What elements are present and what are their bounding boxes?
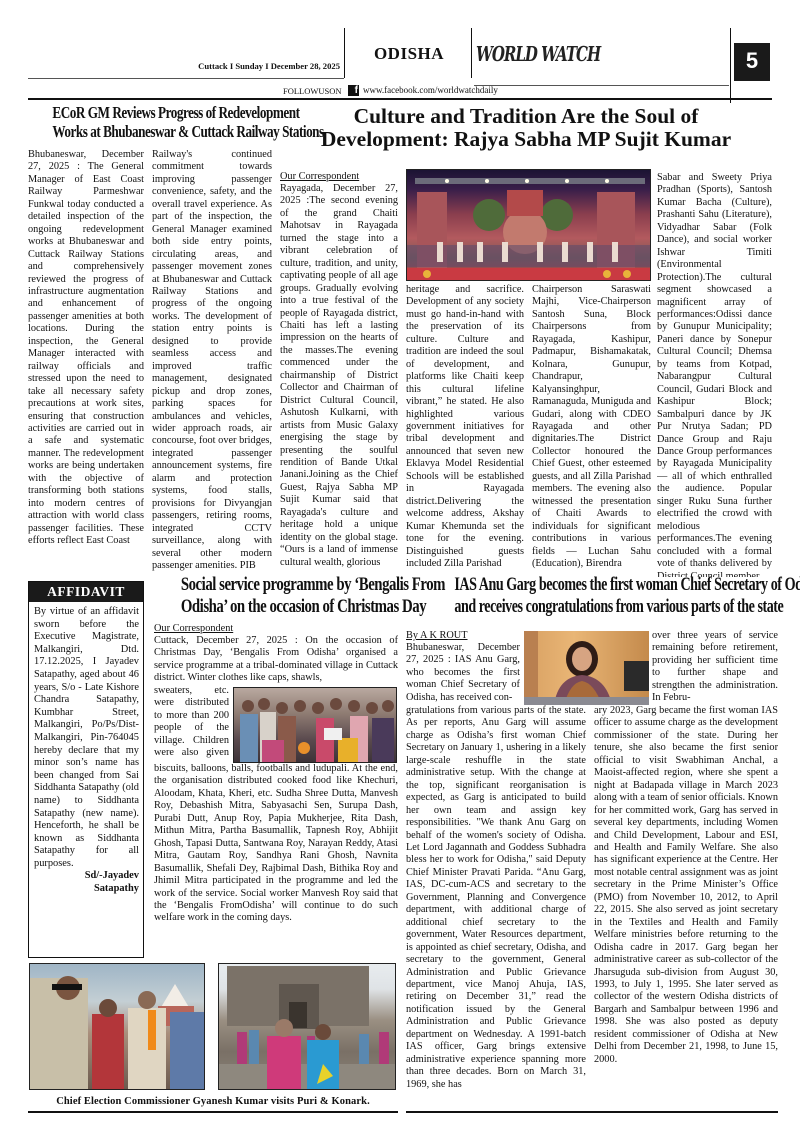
chaiti-mahotsav-photo	[406, 169, 651, 281]
masthead-bottom-rule	[28, 98, 772, 100]
facebook-icon[interactable]: f	[348, 85, 359, 96]
article-culture: Culture and Tradition Are the Soul of De…	[280, 103, 772, 578]
headline-line-1: Social service programme by ‘Bengalis Fr…	[181, 574, 371, 596]
article-headline: IAS Anu Garg becomes the first woman Chi…	[406, 574, 778, 618]
article-beside-photo-left: Bhubaneswar, December 27, 2025 : IAS Anu…	[406, 642, 520, 704]
masthead-divider-3	[730, 28, 731, 103]
caption-rule	[28, 1111, 398, 1113]
headline-line-2: and receives congratulations from variou…	[454, 596, 729, 618]
affidavit-signature: Sd/-Jayadev Satapathy	[29, 870, 143, 895]
article-headline: Culture and Tradition Are the Soul of De…	[280, 105, 772, 151]
page-number: 5	[734, 43, 770, 81]
article-beside-photo: sweaters, etc. were distributed to more …	[154, 685, 229, 761]
group-scene-graphic	[234, 688, 397, 763]
headline-line-1: Culture and Tradition Are the Soul of	[280, 105, 772, 128]
article-headline: ECoR GM Reviews Progress of Redevelopmen…	[28, 103, 272, 141]
article-headline: Social service programme by ‘Bengalis Fr…	[154, 574, 398, 618]
affidavit-title: AFFIDAVIT	[29, 582, 143, 602]
photo-caption: Chief Election Commissioner Gyanesh Kuma…	[28, 1096, 398, 1107]
affidavit-body: By virtue of an affidavit sworn before t…	[29, 602, 143, 870]
headline-line-2: Development: Rajya Sabha MP Sujit Kumar	[280, 128, 772, 151]
article-column-4: Sabar and Sweety Priya Pradhan (Sports),…	[657, 172, 772, 577]
article-beside-photo-right: over three years of service remaining be…	[652, 630, 778, 705]
article-column-2: ary 2023, Garg became the first woman IA…	[594, 705, 778, 1110]
portrait-scene-graphic	[524, 631, 649, 705]
masthead-rule-right	[474, 85, 729, 86]
headline-line-1: ECoR GM Reviews Progress of Redevelopmen…	[52, 103, 247, 122]
article-column-1: Bhubaneswar, December 27, 2025 : The Gen…	[28, 149, 144, 577]
article-ecor: ECoR GM Reviews Progress of Redevelopmen…	[28, 103, 272, 578]
puri-scene-graphic	[30, 964, 205, 1090]
signature-line-1: Sd/-Jayadev	[29, 870, 139, 883]
anu-garg-portrait	[524, 631, 649, 705]
facebook-link[interactable]: www.facebook.com/worldwatchdaily	[363, 85, 498, 95]
article-bottom-rule	[406, 1111, 778, 1113]
article-column-1: gratulations from various parts of the s…	[406, 705, 586, 1110]
affidavit-box: AFFIDAVIT By virtue of an affidavit swor…	[28, 581, 144, 958]
article-lead: Cuttack, December 27, 2025 : On the occa…	[154, 635, 398, 685]
masthead-divider-1	[344, 28, 345, 78]
photo-feature: Chief Election Commissioner Gyanesh Kuma…	[28, 963, 398, 1113]
article-rest: biscuits, balloons, balls, footballs and…	[154, 763, 398, 959]
stage-scene-graphic	[407, 170, 651, 281]
masthead-divider-2	[471, 28, 472, 78]
masthead-rule-left	[28, 78, 344, 79]
headline-line-1: IAS Anu Garg becomes the first woman Chi…	[454, 574, 729, 596]
byline: By A K ROUT	[406, 630, 468, 642]
headline-line-2: Odisha’ on the occasion of Christmas Day	[181, 596, 371, 618]
puri-visit-photo	[29, 963, 205, 1090]
newspaper-logo: WORLD WATCH	[476, 42, 600, 66]
byline: Our Correspondent	[154, 623, 233, 635]
article-column-1: Rayagada, December 27, 2025 :The second …	[280, 183, 398, 577]
article-column-2: Railway's continued commitment towards i…	[152, 149, 272, 577]
konark-scene-graphic	[219, 964, 396, 1090]
byline: Our Correspondent	[280, 171, 359, 183]
section-title: ODISHA	[350, 44, 468, 64]
article-column-2: heritage and sacrifice. Development of a…	[406, 284, 524, 577]
konark-visit-photo	[218, 963, 396, 1090]
follow-us-label: FOLLOWUSON	[283, 86, 342, 96]
bengalis-group-photo	[233, 687, 397, 763]
masthead: Cuttack I Sunday I December 28, 2025 ODI…	[0, 0, 800, 100]
headline-line-2: Works at Bhubaneswar & Cuttack Railway S…	[52, 122, 247, 141]
signature-line-2: Satapathy	[29, 883, 139, 896]
article-bengalis: Social service programme by ‘Bengalis Fr…	[154, 574, 398, 959]
article-column-3: Chairperson Saraswati Majhi, Vice-Chairp…	[532, 284, 651, 577]
article-anu-garg: IAS Anu Garg becomes the first woman Chi…	[406, 574, 778, 1114]
dateline: Cuttack I Sunday I December 28, 2025	[170, 61, 340, 71]
